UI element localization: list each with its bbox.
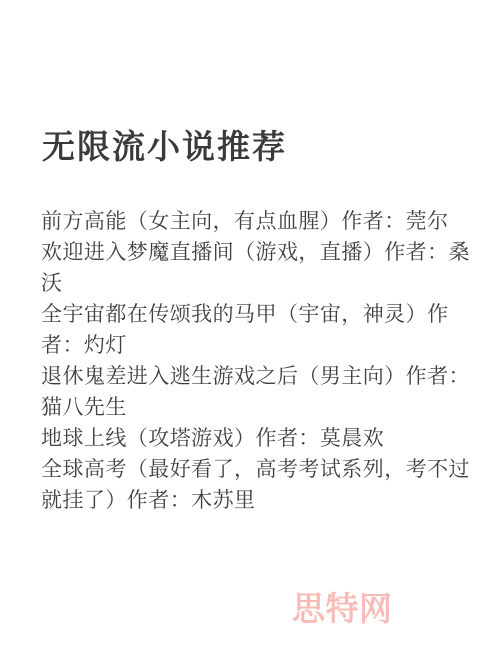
book-list-line: 者：灼灯 bbox=[41, 330, 486, 361]
book-list-line: 退休鬼差进入逃生游戏之后（男主向）作者： bbox=[41, 361, 486, 392]
book-list-line: 全宇宙都在传颂我的马甲（宇宙，神灵）作 bbox=[41, 299, 486, 330]
page-title: 无限流小说推荐 bbox=[42, 129, 287, 165]
book-list-line: 前方高能（女主向，有点血腥）作者：莞尔 bbox=[41, 206, 486, 237]
book-list-line: 地球上线（攻塔游戏）作者：莫晨欢 bbox=[41, 423, 486, 454]
book-list-line: 猫八先生 bbox=[41, 392, 486, 423]
book-list: 前方高能（女主向，有点血腥）作者：莞尔 欢迎进入梦魔直播间（游戏，直播）作者：桑… bbox=[41, 206, 486, 516]
book-list-line: 欢迎进入梦魔直播间（游戏，直播）作者：桑 bbox=[41, 237, 486, 268]
book-list-line: 就挂了）作者：木苏里 bbox=[41, 485, 486, 516]
site-watermark: 思特网 bbox=[292, 591, 393, 627]
book-list-line: 沃 bbox=[41, 268, 486, 299]
book-list-line: 全球高考（最好看了，高考考试系列，考不过 bbox=[41, 454, 486, 485]
document-page: 无限流小说推荐 前方高能（女主向，有点血腥）作者：莞尔 欢迎进入梦魔直播间（游戏… bbox=[0, 0, 500, 667]
